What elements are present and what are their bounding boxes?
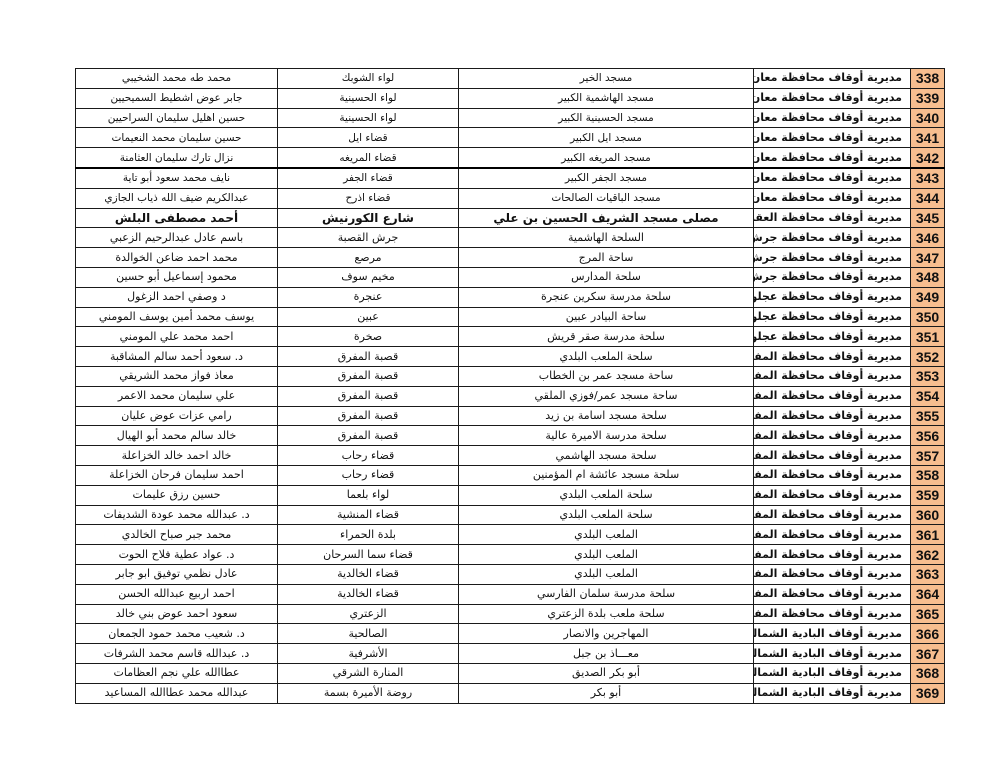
responsible-person-cell: د. سعود أحمد سالم المشاقبة (76, 347, 278, 367)
site-cell: مسجد الهاشمية الكبير (459, 88, 754, 108)
directorate-cell: مديرية أوقاف محافظة المفرق (754, 505, 911, 525)
responsible-person-cell: عبدالله محمد عطاالله المساعيد (76, 683, 278, 703)
site-cell: مسجد الجفر الكبير (459, 168, 754, 188)
area-cell: عنجرة (278, 287, 459, 307)
area-cell: قضاء المنشية (278, 505, 459, 525)
responsible-person-cell: رامي عزات عوض عليان (76, 406, 278, 426)
area-cell: قضاء الجفر (278, 168, 459, 188)
directorate-cell: مديرية أوقاف محافظة عجلون (754, 287, 911, 307)
area-cell: قضاء ايل (278, 128, 459, 148)
site-cell: المهاجرين والانصار (459, 624, 754, 644)
row-number-cell: 352 (911, 347, 945, 367)
document-page: 338مديرية أوقاف محافظة معانمسجد الخيرلوا… (0, 0, 1000, 772)
site-cell: أبو بكر الصديق (459, 663, 754, 683)
table-row: 357مديرية أوقاف محافظة المفرقسلحة مسجد ا… (76, 446, 945, 466)
row-number-cell: 338 (911, 69, 945, 89)
roster-table-body: 338مديرية أوقاف محافظة معانمسجد الخيرلوا… (76, 69, 945, 704)
directorate-cell: مديرية أوقاف محافظة المفرق (754, 366, 911, 386)
table-row: 369مديرية أوقاف البادية الشماليةأبو بكرر… (76, 683, 945, 703)
row-number-cell: 345 (911, 208, 945, 228)
site-cell: سلحة مدرسة سلمان الفارسي (459, 584, 754, 604)
table-row: 367مديرية أوقاف البادية الشماليةمعـــاذ … (76, 644, 945, 664)
table-row: 351مديرية أوقاف محافظة عجلونسلحة مدرسة ص… (76, 327, 945, 347)
area-cell: الصالحية (278, 624, 459, 644)
area-cell: الزعتري (278, 604, 459, 624)
table-row: 360مديرية أوقاف محافظة المفرقسلحة الملعب… (76, 505, 945, 525)
table-row: 346مديرية أوقاف محافظة جرشالسلحة الهاشمي… (76, 228, 945, 248)
area-cell: قضاء اذرح (278, 188, 459, 208)
row-number-cell: 350 (911, 307, 945, 327)
responsible-person-cell: نايف محمد سعود أبو تاية (76, 168, 278, 188)
row-number-cell: 340 (911, 108, 945, 128)
table-row: 338مديرية أوقاف محافظة معانمسجد الخيرلوا… (76, 69, 945, 89)
directorate-cell: مديرية أوقاف محافظة المفرق (754, 564, 911, 584)
site-cell: مسجد الحسينية الكبير (459, 108, 754, 128)
site-cell: مسجد الخير (459, 69, 754, 89)
table-row: 344مديرية أوقاف محافظة معانمسجد الباقيات… (76, 188, 945, 208)
directorate-cell: مديرية أوقاف محافظة العقبة (754, 208, 911, 228)
area-cell: جرش القصبة (278, 228, 459, 248)
responsible-person-cell: يوسف محمد أمين يوسف المومني (76, 307, 278, 327)
area-cell: بلدة الحمراء (278, 525, 459, 545)
row-number-cell: 341 (911, 128, 945, 148)
site-cell: سلحة مسجد الهاشمي (459, 446, 754, 466)
area-cell: قصبة المفرق (278, 366, 459, 386)
row-number-cell: 366 (911, 624, 945, 644)
responsible-person-cell: حسين سليمان محمد النعيمات (76, 128, 278, 148)
responsible-person-cell: معاذ فواز محمد الشريقي (76, 366, 278, 386)
site-cell: ساحة مسجد عمر بن الخطاب (459, 366, 754, 386)
table-row: 363مديرية أوقاف محافظة المفرقالملعب البل… (76, 564, 945, 584)
directorate-cell: مديرية أوقاف محافظة معان (754, 148, 911, 168)
area-cell: مخيم سوف (278, 267, 459, 287)
row-number-cell: 358 (911, 465, 945, 485)
row-number-cell: 356 (911, 426, 945, 446)
row-number-cell: 339 (911, 88, 945, 108)
area-cell: المنارة الشرقي (278, 663, 459, 683)
area-cell: قضاء سما السرحان (278, 545, 459, 565)
table-row: 354مديرية أوقاف محافظة المفرقساحة مسجد ع… (76, 386, 945, 406)
responsible-person-cell: باسم عادل عبدالرحيم الزعبي (76, 228, 278, 248)
row-number-cell: 347 (911, 248, 945, 268)
table-row: 368مديرية أوقاف البادية الشماليةأبو بكر … (76, 663, 945, 683)
area-cell: الأشرفية (278, 644, 459, 664)
row-number-cell: 357 (911, 446, 945, 466)
row-number-cell: 346 (911, 228, 945, 248)
directorate-cell: مديرية أوقاف البادية الشمالية (754, 624, 911, 644)
responsible-person-cell: د وصفي احمد الزغول (76, 287, 278, 307)
area-cell: قصبة المفرق (278, 386, 459, 406)
site-cell: الملعب البلدي (459, 525, 754, 545)
responsible-person-cell: عبدالكريم ضيف الله ذياب الجازي (76, 188, 278, 208)
row-number-cell: 342 (911, 148, 945, 168)
site-cell: أبو بكر (459, 683, 754, 703)
directorate-cell: مديرية أوقاف محافظة معان (754, 108, 911, 128)
area-cell: لواء بلعما (278, 485, 459, 505)
site-cell: سلحة مسجد عائشة ام المؤمنين (459, 465, 754, 485)
responsible-person-cell: أحمد مصطفى البلش (76, 208, 278, 228)
table-row: 339مديرية أوقاف محافظة معانمسجد الهاشمية… (76, 88, 945, 108)
responsible-person-cell: خالد احمد خالد الخزاعلة (76, 446, 278, 466)
row-number-cell: 354 (911, 386, 945, 406)
responsible-person-cell: علي سليمان محمد الاعمر (76, 386, 278, 406)
site-cell: الملعب البلدي (459, 545, 754, 565)
directorate-cell: مديرية أوقاف محافظة المفرق (754, 406, 911, 426)
directorate-cell: مديرية أوقاف محافظة المفرق (754, 545, 911, 565)
site-cell: مسجد ايل الكبير (459, 128, 754, 148)
responsible-person-cell: د. عواد عطية فلاح الحوت (76, 545, 278, 565)
directorate-cell: مديرية أوقاف محافظة معان (754, 69, 911, 89)
table-row: 342مديرية أوقاف محافظة معانمسجد المريغه … (76, 148, 945, 168)
row-number-cell: 355 (911, 406, 945, 426)
area-cell: لواء الحسينية (278, 108, 459, 128)
row-number-cell: 344 (911, 188, 945, 208)
responsible-person-cell: جابر عوض اشطيط السميحيين (76, 88, 278, 108)
directorate-cell: مديرية أوقاف محافظة معان (754, 168, 911, 188)
row-number-cell: 365 (911, 604, 945, 624)
responsible-person-cell: عطاالله علي نجم العظامات (76, 663, 278, 683)
site-cell: سلحة المدارس (459, 267, 754, 287)
responsible-person-cell: محمود إسماعيل أبو حسين (76, 267, 278, 287)
table-row: 347مديرية أوقاف محافظة جرشساحة المرجمرصع… (76, 248, 945, 268)
table-row: 343مديرية أوقاف محافظة معانمسجد الجفر ال… (76, 168, 945, 188)
directorate-cell: مديرية أوقاف محافظة المفرق (754, 525, 911, 545)
responsible-person-cell: حسين اهليل سليمان السراحيين (76, 108, 278, 128)
directorate-cell: مديرية أوقاف البادية الشمالية (754, 644, 911, 664)
table-row: 345مديرية أوقاف محافظة العقبةمصلى مسجد ا… (76, 208, 945, 228)
row-number-cell: 368 (911, 663, 945, 683)
site-cell: سلحة ملعب بلدة الزعتري (459, 604, 754, 624)
row-number-cell: 360 (911, 505, 945, 525)
directorate-cell: مديرية أوقاف محافظة عجلون (754, 327, 911, 347)
area-cell: لواء الحسينية (278, 88, 459, 108)
area-cell: قصبة المفرق (278, 347, 459, 367)
table-row: 348مديرية أوقاف محافظة جرشسلحة المدارسمخ… (76, 267, 945, 287)
area-cell: قضاء الخالدية (278, 564, 459, 584)
directorate-cell: مديرية أوقاف محافظة المفرق (754, 604, 911, 624)
site-cell: سلحة الملعب البلدي (459, 505, 754, 525)
roster-table: 338مديرية أوقاف محافظة معانمسجد الخيرلوا… (75, 68, 945, 704)
row-number-cell: 348 (911, 267, 945, 287)
table-row: 353مديرية أوقاف محافظة المفرقساحة مسجد ع… (76, 366, 945, 386)
site-cell: سلحة مسجد اسامة بن زيد (459, 406, 754, 426)
site-cell: معـــاذ بن جبل (459, 644, 754, 664)
table-row: 340مديرية أوقاف محافظة معانمسجد الحسينية… (76, 108, 945, 128)
responsible-person-cell: احمد سليمان فرحان الخزاعلة (76, 465, 278, 485)
row-number-cell: 343 (911, 168, 945, 188)
directorate-cell: مديرية أوقاف محافظة جرش (754, 228, 911, 248)
responsible-person-cell: خالد سالم محمد أبو الهيال (76, 426, 278, 446)
table-row: 364مديرية أوقاف محافظة المفرقسلحة مدرسة … (76, 584, 945, 604)
row-number-cell: 369 (911, 683, 945, 703)
directorate-cell: مديرية أوقاف محافظة معان (754, 88, 911, 108)
responsible-person-cell: عادل نظمي توفيق ابو جابر (76, 564, 278, 584)
row-number-cell: 361 (911, 525, 945, 545)
table-row: 365مديرية أوقاف محافظة المفرقسلحة ملعب ب… (76, 604, 945, 624)
area-cell: لواء الشوبك (278, 69, 459, 89)
directorate-cell: مديرية أوقاف محافظة المفرق (754, 426, 911, 446)
responsible-person-cell: محمد احمد ضاعن الخوالدة (76, 248, 278, 268)
area-cell: قضاء رحاب (278, 465, 459, 485)
area-cell: عبين (278, 307, 459, 327)
responsible-person-cell: د. عبدالله قاسم محمد الشرفات (76, 644, 278, 664)
site-cell: ساحة مسجد عمر/فوزي الملقي (459, 386, 754, 406)
site-cell: ساحة المرج (459, 248, 754, 268)
responsible-person-cell: حسين رزق عليمات (76, 485, 278, 505)
directorate-cell: مديرية أوقاف محافظة جرش (754, 267, 911, 287)
site-cell: مصلى مسجد الشريف الحسين بن علي (459, 208, 754, 228)
table-row: 359مديرية أوقاف محافظة المفرقسلحة الملعب… (76, 485, 945, 505)
responsible-person-cell: محمد طه محمد الشخيبي (76, 69, 278, 89)
area-cell: قصبة المفرق (278, 426, 459, 446)
site-cell: سلحة مدرسة سكرين عنجرة (459, 287, 754, 307)
row-number-cell: 349 (911, 287, 945, 307)
site-cell: ساحة البيادر عبين (459, 307, 754, 327)
directorate-cell: مديرية أوقاف محافظة المفرق (754, 446, 911, 466)
table-row: 366مديرية أوقاف البادية الشماليةالمهاجري… (76, 624, 945, 644)
table-row: 362مديرية أوقاف محافظة المفرقالملعب البل… (76, 545, 945, 565)
row-number-cell: 359 (911, 485, 945, 505)
row-number-cell: 362 (911, 545, 945, 565)
row-number-cell: 367 (911, 644, 945, 664)
directorate-cell: مديرية أوقاف محافظة المفرق (754, 584, 911, 604)
directorate-cell: مديرية أوقاف محافظة المفرق (754, 465, 911, 485)
table-row: 352مديرية أوقاف محافظة المفرقسلحة الملعب… (76, 347, 945, 367)
directorate-cell: مديرية أوقاف محافظة المفرق (754, 485, 911, 505)
responsible-person-cell: د. شعيب محمد حمود الجمعان (76, 624, 278, 644)
table-row: 355مديرية أوقاف محافظة المفرقسلحة مسجد ا… (76, 406, 945, 426)
row-number-cell: 364 (911, 584, 945, 604)
table-row: 358مديرية أوقاف محافظة المفرقسلحة مسجد ع… (76, 465, 945, 485)
area-cell: شارع الكورنيش (278, 208, 459, 228)
site-cell: سلحة مدرسة صقر قريش (459, 327, 754, 347)
directorate-cell: مديرية أوقاف البادية الشمالية (754, 663, 911, 683)
table-row: 350مديرية أوقاف محافظة عجلونساحة البيادر… (76, 307, 945, 327)
row-number-cell: 351 (911, 327, 945, 347)
area-cell: قضاء المريغه (278, 148, 459, 168)
site-cell: مسجد المريغه الكبير (459, 148, 754, 168)
responsible-person-cell: سعود احمد عوض بني خالد (76, 604, 278, 624)
table-row: 356مديرية أوقاف محافظة المفرقسلحة مدرسة … (76, 426, 945, 446)
area-cell: قصبة المفرق (278, 406, 459, 426)
site-cell: سلحة مدرسة الاميرة عالية (459, 426, 754, 446)
directorate-cell: مديرية أوقاف البادية الشمالية (754, 683, 911, 703)
directorate-cell: مديرية أوقاف محافظة المفرق (754, 347, 911, 367)
responsible-person-cell: نزال تارك سليمان العثامنة (76, 148, 278, 168)
directorate-cell: مديرية أوقاف محافظة معان (754, 188, 911, 208)
responsible-person-cell: احمد اربيع عبدالله الحسن (76, 584, 278, 604)
site-cell: سلحة الملعب البلدي (459, 485, 754, 505)
directorate-cell: مديرية أوقاف محافظة عجلون (754, 307, 911, 327)
area-cell: قضاء رحاب (278, 446, 459, 466)
table-row: 361مديرية أوقاف محافظة المفرقالملعب البل… (76, 525, 945, 545)
area-cell: روضة الأميرة بسمة (278, 683, 459, 703)
responsible-person-cell: د. عبدالله محمد عودة الشديفات (76, 505, 278, 525)
table-row: 341مديرية أوقاف محافظة معانمسجد ايل الكب… (76, 128, 945, 148)
directorate-cell: مديرية أوقاف محافظة معان (754, 128, 911, 148)
row-number-cell: 353 (911, 366, 945, 386)
area-cell: صخرة (278, 327, 459, 347)
table-row: 349مديرية أوقاف محافظة عجلونسلحة مدرسة س… (76, 287, 945, 307)
responsible-person-cell: احمد محمد علي المومني (76, 327, 278, 347)
area-cell: مرصع (278, 248, 459, 268)
site-cell: الملعب البلدي (459, 564, 754, 584)
directorate-cell: مديرية أوقاف محافظة المفرق (754, 386, 911, 406)
area-cell: قضاء الخالدية (278, 584, 459, 604)
row-number-cell: 363 (911, 564, 945, 584)
site-cell: مسجد الباقيات الصالحات (459, 188, 754, 208)
site-cell: السلحة الهاشمية (459, 228, 754, 248)
directorate-cell: مديرية أوقاف محافظة جرش (754, 248, 911, 268)
site-cell: سلحة الملعب البلدي (459, 347, 754, 367)
responsible-person-cell: محمد جبر صباح الخالدي (76, 525, 278, 545)
